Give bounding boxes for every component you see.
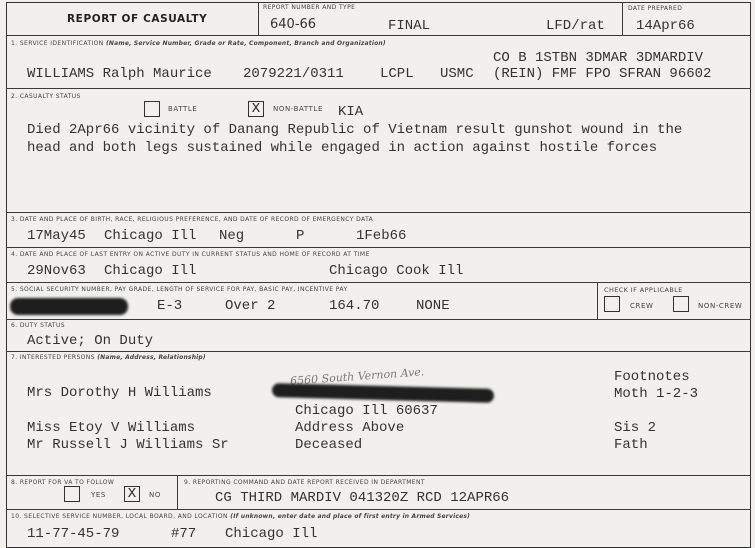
incentive-pay: NONE [416,298,450,314]
service-number: 2079221/0311 [243,66,344,82]
section6-label: 6. DUTY STATUS [11,322,65,329]
duty-status: Active; On Duty [27,333,153,349]
va-yes-label: YES [91,491,106,499]
person-address: Chicago Ill 60637 [295,403,438,419]
divider [6,212,751,213]
va-no-label: NO [149,491,161,499]
basic-pay: 164.70 [329,298,379,314]
section10-label: 10. SELECTIVE SERVICE NUMBER, LOCAL BOAR… [11,513,470,520]
religious-preference: P [296,228,304,244]
divider [6,88,751,89]
non-crew-checkbox[interactable] [673,296,689,312]
non-crew-label: NON-CREW [698,302,742,310]
header-divider [622,2,623,35]
section9-label: 9. REPORTING COMMAND AND DATE REPORT REC… [184,479,425,486]
home-of-record: Chicago Cook Ill [329,263,463,279]
report-number-label: REPORT NUMBER AND TYPE [263,4,355,11]
divider [6,351,751,352]
organization-line2: (REIN) FMF FPO SFRAN 96602 [493,66,711,82]
non-battle-checkbox[interactable]: X [248,101,264,117]
component: USMC [440,66,474,82]
section4-label: 4. DATE AND PLACE OF LAST ENTRY ON ACTIV… [11,251,370,258]
crew-label: CREW [630,302,654,310]
section1-label: 1. SERVICE IDENTIFICATION (Name, Service… [11,40,386,47]
redacted-ssn [10,298,128,315]
battle-label: BATTLE [168,105,197,113]
casualty-code: KIA [338,104,363,120]
person-name: Mr Russell J Williams Sr [27,437,229,453]
entry-date: 29Nov63 [27,263,86,279]
length-of-service: Over 2 [225,298,275,314]
birth-date: 17May45 [27,228,86,244]
section8-divider [177,475,178,509]
casualty-report-form: REPORT OF CASUALTY REPORT NUMBER AND TYP… [0,0,755,548]
divider [6,247,751,248]
footnotes-label: Footnotes [614,369,690,385]
person-address: Deceased [295,437,362,453]
person-name: Miss Etoy V Williams [27,420,195,436]
casualty-description-line1: Died 2Apr66 vicinity of Danang Republic … [27,122,682,138]
report-number: 640-66 [270,17,316,32]
section3-label: 3. DATE AND PLACE OF BIRTH, RACE, RELIGI… [11,216,373,223]
emergency-data-date: 1Feb66 [356,228,406,244]
va-yes-checkbox[interactable] [64,486,80,502]
birth-place: Chicago Ill [104,228,196,244]
person-relationship: Moth 1-2-3 [614,386,698,402]
section2-label: 2. CASUALTY STATUS [11,93,81,100]
date-prepared: 14Apr66 [636,18,695,34]
check-if-applicable-label: CHECK IF APPLICABLE [604,286,683,294]
form-title: REPORT OF CASUALTY [67,13,207,25]
race: Neg [219,228,244,244]
section5-label: 5. SOCIAL SECURITY NUMBER, PAY GRADE, LE… [11,286,348,293]
check-divider [597,282,598,319]
person-address: Address Above [295,420,404,436]
divider [6,509,751,510]
local-board: #77 [171,526,196,542]
casualty-description-line2: head and both legs sustained while engag… [27,140,657,156]
non-battle-label: NON-BATTLE [273,105,323,113]
date-prepared-label: DATE PREPARED [628,5,682,12]
initials: LFD/rat [546,18,605,34]
organization-line1: CO B 1STBN 3DMAR 3DMARDIV [493,50,703,66]
location: Chicago Ill [225,526,317,542]
grade: LCPL [380,66,414,82]
va-no-checkbox[interactable]: X [124,486,140,502]
divider [6,475,751,476]
reporting-command: CG THIRD MARDIV 041320Z RCD 12APR66 [215,490,509,506]
section7-label: 7. INTERESTED PERSONS (Name, Address, Re… [11,354,206,361]
person-name: Mrs Dorothy H Williams [27,385,212,401]
person-relationship: Sis 2 [614,420,656,436]
entry-place: Chicago Ill [104,263,196,279]
battle-checkbox[interactable] [144,101,160,117]
divider [6,35,751,36]
header-divider [258,2,259,35]
selective-service-number: 11-77-45-79 [27,526,119,542]
report-type: FINAL [388,18,430,34]
service-member-name: WILLIAMS Ralph Maurice [27,66,212,82]
crew-checkbox[interactable] [604,296,620,312]
section8-label: 8. REPORT FOR VA TO FOLLOW [11,479,114,486]
divider [6,282,751,283]
pay-grade: E-3 [157,298,182,314]
divider [6,319,751,320]
person-relationship: Fath [614,437,648,453]
